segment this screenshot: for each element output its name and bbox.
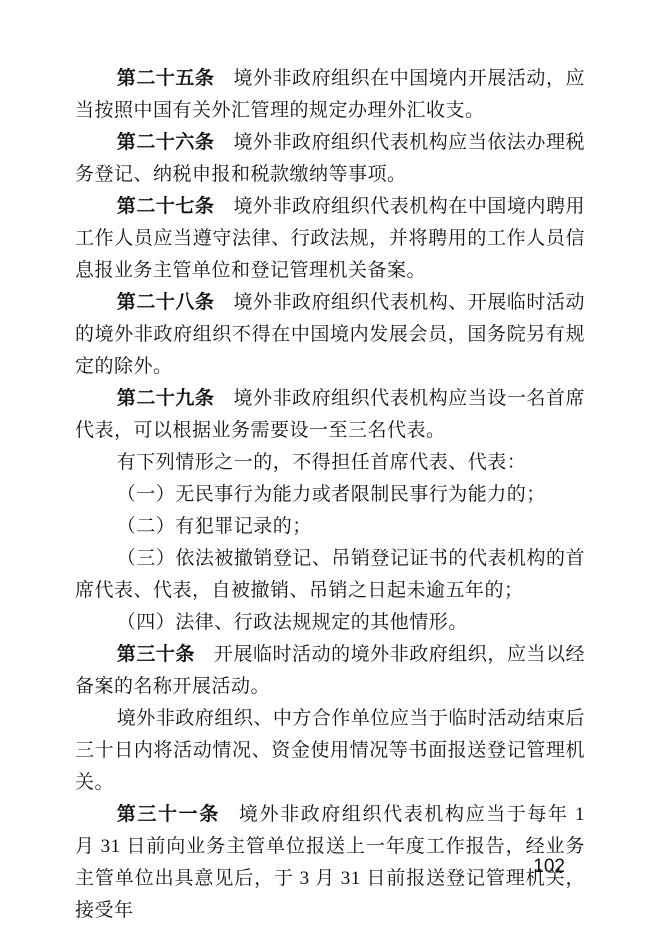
paragraph: 第二十九条境外非政府组织代表机构应当设一名首席代表，可以根据业务需要设一至三名代…	[75, 383, 585, 447]
article-number: 第二十五条	[117, 68, 215, 89]
paragraph-text: （四）法律、行政法规规定的其他情形。	[117, 612, 468, 633]
article-number: 第二十九条	[117, 388, 215, 409]
article-number: 第二十八条	[117, 292, 215, 313]
paragraph-text: （三）依法被撤销登记、吊销登记证书的代表机构的首席代表、代表，自被撤销、吊销之日…	[75, 548, 585, 601]
paragraph-text: （二）有犯罪记录的；	[117, 516, 312, 537]
article-number: 第三十一条	[117, 804, 220, 825]
paragraph: 有下列情形之一的，不得担任首席代表、代表：	[75, 447, 585, 479]
paragraph: 第三十一条境外非政府组织代表机构应当于每年 1 月 31 日前向业务主管单位报送…	[75, 799, 585, 927]
paragraph: （二）有犯罪记录的；	[75, 511, 585, 543]
document-page: 第二十五条境外非政府组织在中国境内开展活动，应当按照中国有关外汇管理的规定办理外…	[0, 0, 650, 942]
paragraph: 第三十条开展临时活动的境外非政府组织，应当以经备案的名称开展活动。	[75, 639, 585, 703]
paragraph: （三）依法被撤销登记、吊销登记证书的代表机构的首席代表、代表，自被撤销、吊销之日…	[75, 543, 585, 607]
paragraph: 第二十八条境外非政府组织代表机构、开展临时活动的境外非政府组织不得在中国境内发展…	[75, 287, 585, 383]
page-number: 102	[533, 853, 565, 881]
paragraph: 第二十五条境外非政府组织在中国境内开展活动，应当按照中国有关外汇管理的规定办理外…	[75, 63, 585, 127]
paragraph: （一）无民事行为能力或者限制民事行为能力的；	[75, 479, 585, 511]
paragraph: 第二十七条境外非政府组织代表机构在中国境内聘用工作人员应当遵守法律、行政法规，并…	[75, 191, 585, 287]
article-number: 第二十六条	[117, 132, 215, 153]
page-body-text: 第二十五条境外非政府组织在中国境内开展活动，应当按照中国有关外汇管理的规定办理外…	[75, 63, 585, 927]
paragraph-text: （一）无民事行为能力或者限制民事行为能力的；	[117, 484, 546, 505]
paragraph-text: 有下列情形之一的，不得担任首席代表、代表：	[117, 452, 527, 473]
paragraph: 境外非政府组织、中方合作单位应当于临时活动结束后三十日内将活动情况、资金使用情况…	[75, 703, 585, 799]
article-number: 第二十七条	[117, 196, 215, 217]
article-number: 第三十条	[117, 644, 195, 665]
paragraph-text: 境外非政府组织、中方合作单位应当于临时活动结束后三十日内将活动情况、资金使用情况…	[75, 708, 585, 793]
paragraph: （四）法律、行政法规规定的其他情形。	[75, 607, 585, 639]
paragraph: 第二十六条境外非政府组织代表机构应当依法办理税务登记、纳税申报和税款缴纳等事项。	[75, 127, 585, 191]
